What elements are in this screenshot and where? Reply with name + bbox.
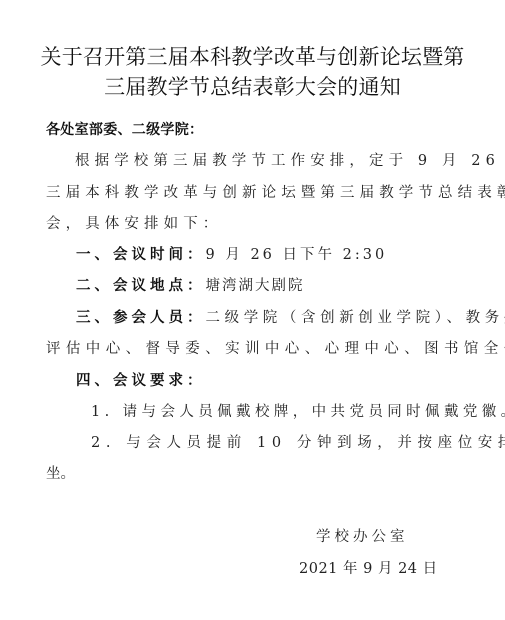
section-attendees: 三、参会人员：二级学院（含创新创业学院）、教务处、 (76, 308, 505, 328)
section-content: 9 月 26 日下午 2:30 (206, 247, 388, 263)
section-requirements: 四、会议要求： (76, 371, 206, 391)
section-meeting-time: 一、会议时间：9 月 26 日下午 2:30 (76, 245, 387, 265)
section-label: 一、会议时间： (76, 247, 206, 263)
section-label: 三、参会人员： (76, 310, 206, 326)
requirement-item-2: 2. 与会人员提前 10 分钟到场，并按座位安排区域就 (91, 433, 505, 453)
section-label: 二、会议地点： (76, 278, 206, 294)
requirement-item-2-continuation: 坐。 (46, 464, 75, 484)
section-content: 二级学院（含创新创业学院）、教务处、 (206, 310, 505, 326)
intro-paragraph-line-3: 会，具体安排如下： (46, 214, 222, 234)
section-meeting-location: 二、会议地点：塘湾湖大剧院 (76, 276, 305, 296)
salutation: 各处室部委、二级学院： (46, 120, 203, 140)
section-attendees-continuation: 评估中心、督导委、实训中心、心理中心、图书馆全体人员 (46, 339, 505, 359)
requirement-item-1: 1. 请与会人员佩戴校牌，中共党员同时佩戴党徽。 (91, 402, 505, 422)
document-title-line-2: 三届教学节总结表彰大会的通知 (0, 72, 505, 102)
signature-office: 学校办公室 (316, 527, 409, 547)
document-title-line-1: 关于召开第三届本科教学改革与创新论坛暨第 (0, 42, 505, 72)
section-label: 四、会议要求： (76, 373, 206, 389)
intro-paragraph-line-1: 根据学校第三届教学节工作安排，定于 9 月 26 日召开第 (75, 151, 505, 171)
intro-paragraph-line-2: 三届本科教学改革与创新论坛暨第三届教学节总结表彰大 (46, 183, 505, 203)
signature-date: 2021 年 9 月 24 日 (299, 559, 438, 579)
section-content: 塘湾湖大剧院 (206, 278, 305, 294)
